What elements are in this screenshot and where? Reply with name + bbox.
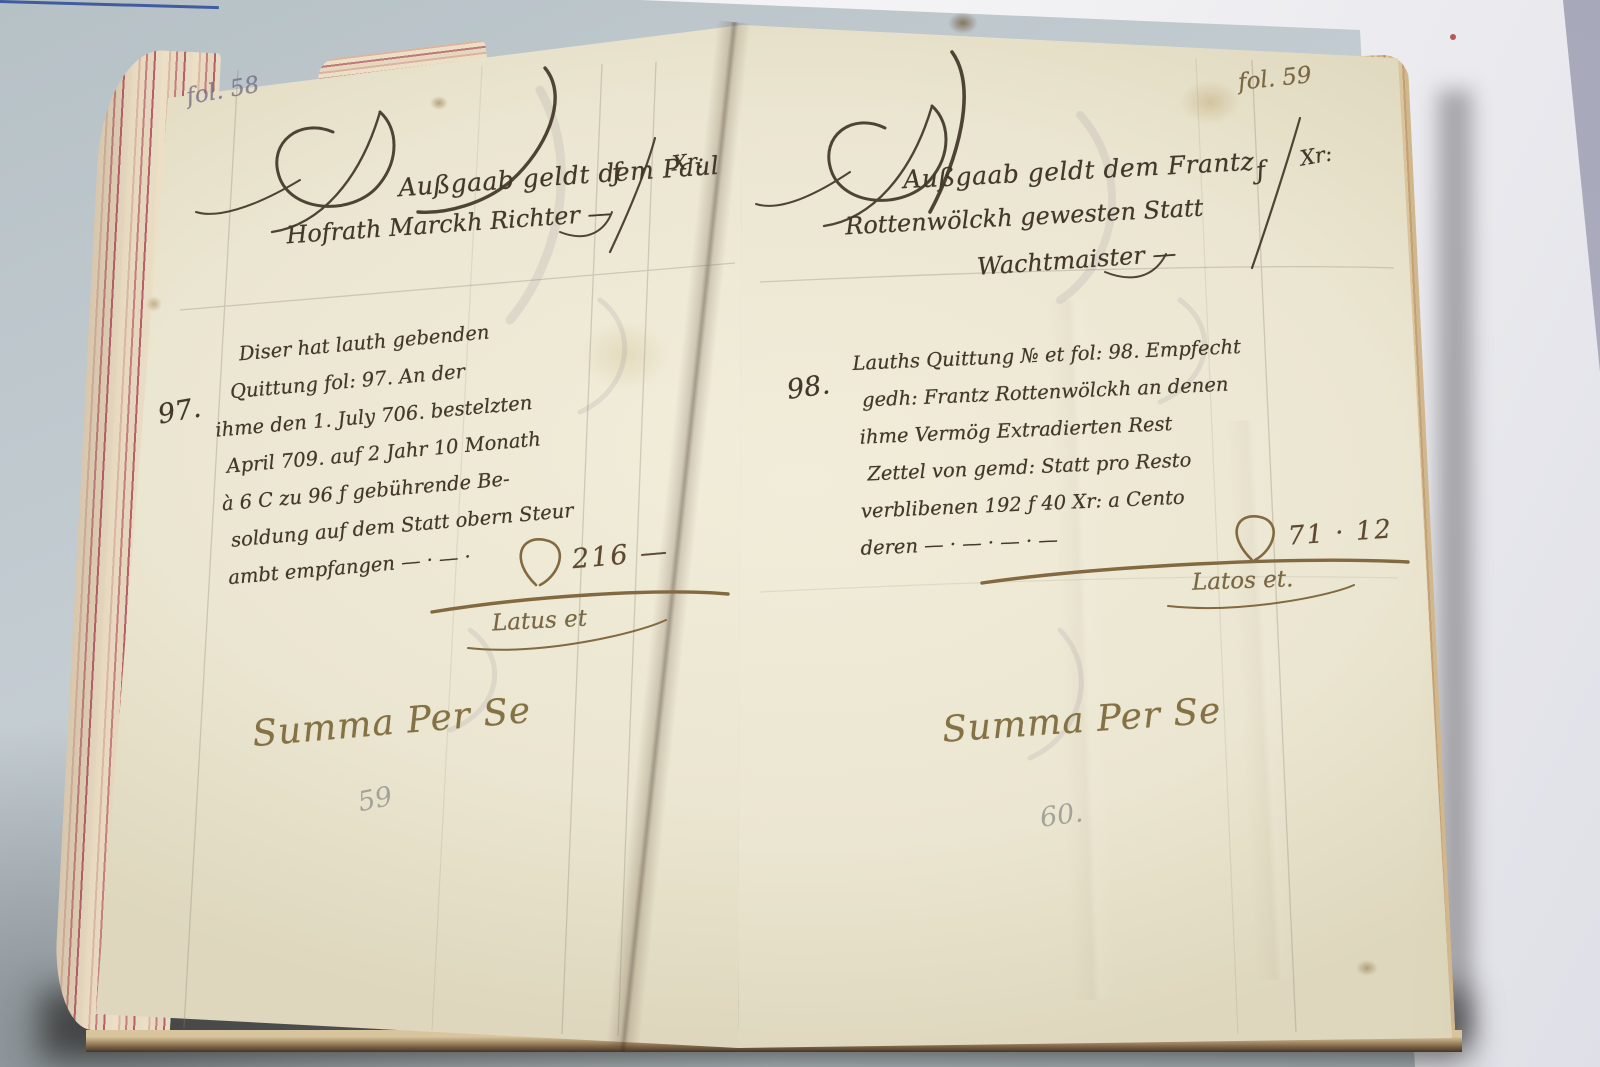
manuscript-photo: fol. 58 Außgaab geldt dem Paul Hofrath M… — [0, 0, 1600, 1067]
paper-stain — [1356, 960, 1378, 976]
ink-stain — [948, 12, 978, 34]
red-speck — [1450, 34, 1456, 40]
paper-stain — [146, 296, 162, 312]
currency-kreuzer-left: Xr: — [671, 148, 705, 175]
latus-label-left: Latus et — [491, 606, 587, 637]
paper-stain — [430, 96, 448, 110]
paper-stain — [1180, 80, 1240, 124]
entry-number-right: 98. — [785, 369, 832, 406]
pencil-folio-right: 60. — [1038, 797, 1085, 834]
latus-label-right: Latos et. — [1192, 566, 1294, 596]
